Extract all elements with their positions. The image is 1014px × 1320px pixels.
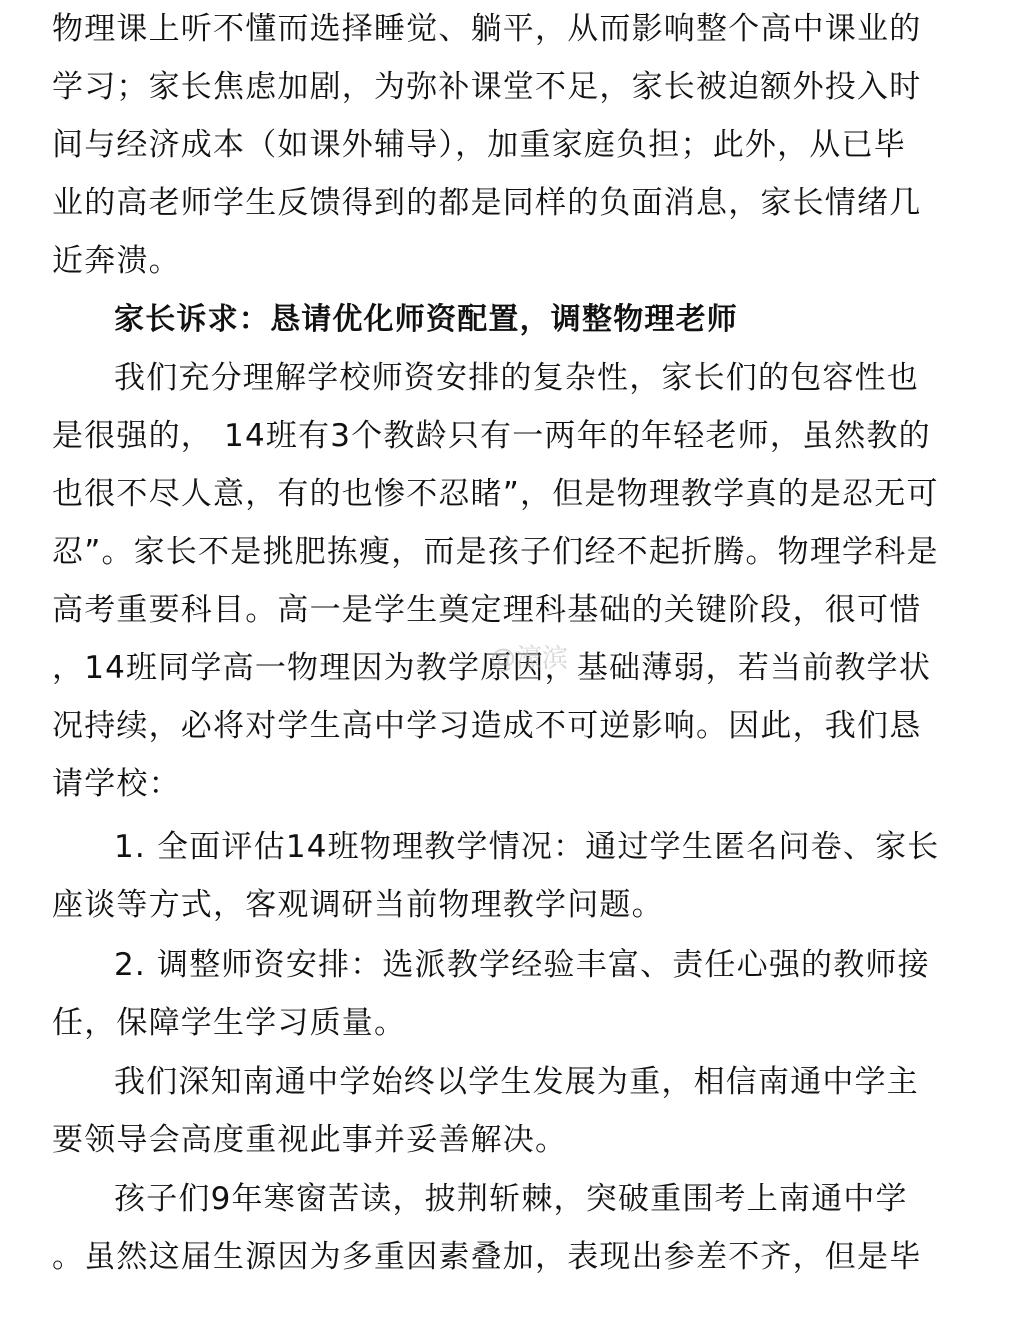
paragraph-children-line-1: 孩子们9年寒窗苦读，披荆斩棘，突破重围考上南通中学 xyxy=(114,1170,908,1228)
paragraph-understanding-line-8: 请学校： xyxy=(52,755,181,813)
paragraph-impact-line-5: 近奔溃。 xyxy=(52,232,181,290)
paragraph-trust-line-1: 我们深知南通中学始终以学生发展为重，相信南通中学主 xyxy=(114,1053,919,1111)
paragraph-understanding-line-7: 况持续，必将对学生高中学习造成不可逆影响。因此，我们恳 xyxy=(52,697,921,755)
paragraph-impact-line-4: 业的高老师学生反馈得到的都是同样的负面消息，家长情绪几 xyxy=(52,174,921,232)
list-item-2-line-1: 2. 调整师资安排：选派教学经验丰富、责任心强的教师接 xyxy=(114,936,930,994)
paragraph-trust-line-2: 要领导会高度重视此事并妥善解决。 xyxy=(52,1111,567,1169)
paragraph-impact-line-3: 间与经济成本（如课外辅导），加重家庭负担；此外，从已毕 xyxy=(52,116,906,174)
paragraph-children-line-2: 。虽然这届生源因为多重因素叠加，表现出参差不齐，但是毕 xyxy=(52,1228,921,1286)
paragraph-understanding-line-5: 高考重要科目。高一是学生奠定理科基础的关键阶段，很可惜 xyxy=(52,581,921,639)
paragraph-impact-line-2: 学习；家长焦虑加剧，为弥补课堂不足，家长被迫额外投入时 xyxy=(52,58,921,116)
paragraph-understanding-line-3: 也很不尽人意，有的也惨不忍睹”，但是物理教学真的是忍无可 xyxy=(52,465,939,523)
paragraph-understanding-line-1: 我们充分理解学校师资安排的复杂性，家长们的包容性也 xyxy=(114,349,919,407)
section-heading-appeal: 家长诉求：恳请优化师资配置，调整物理老师 xyxy=(114,291,738,349)
list-item-1-line-1: 1. 全面评估14班物理教学情况：通过学生匿名问卷、家长 xyxy=(114,818,939,876)
paragraph-understanding-line-6: ，14班同学高一物理因为教学原因，基础薄弱，若当前教学状 xyxy=(52,639,931,697)
paragraph-understanding-line-2: 是很强的， 14班有3个教龄只有一两年的年轻老师，虽然教的 xyxy=(52,407,931,465)
paragraph-understanding-line-4: 忍”。家长不是挑肥拣瘦，而是孩子们经不起折腾。物理学科是 xyxy=(52,523,939,581)
paragraph-impact-line-1: 物理课上听不懂而选择睡觉、躺平，从而影响整个高中课业的 xyxy=(52,0,921,58)
list-item-1-line-2: 座谈等方式，客观调研当前物理教学问题。 xyxy=(52,876,664,934)
list-item-2-line-2: 任，保障学生学习质量。 xyxy=(52,994,406,1052)
